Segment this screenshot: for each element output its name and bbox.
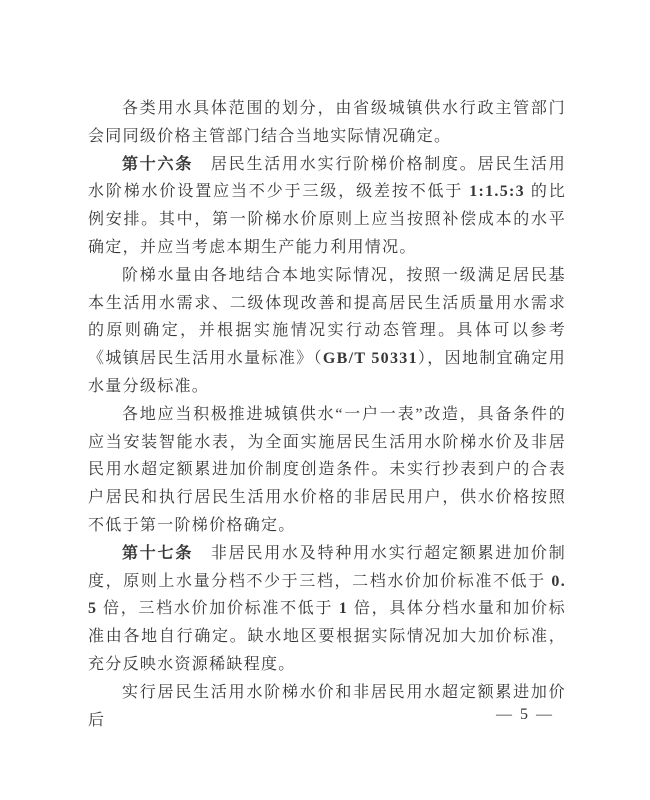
body-text-segment: 各类用水具体范围的划分，由省级城镇供水行政主管部门会同同级价格主管部门结合当地实…	[88, 100, 566, 145]
document-body: 各类用水具体范围的划分，由省级城镇供水行政主管部门会同同级价格主管部门结合当地实…	[88, 95, 566, 734]
emphasized-text: 第十六条	[122, 156, 193, 173]
body-text-segment: 倍，三档水价加价标准不低于	[97, 600, 339, 617]
body-text-segment: 各地应当积极推进城镇供水“一户一表”改造，具备条件的应当安装智能水表，为全面实施…	[88, 406, 566, 534]
paragraph: 阶梯水量由各地结合本地实际情况，按照一级满足居民基本生活用水需求、二级体现改善和…	[88, 262, 566, 401]
page-number: — 5 —	[88, 706, 566, 724]
paragraph: 第十六条 居民生活用水实行阶梯价格制度。居民生活用水阶梯水价设置应当不少于三级，…	[88, 151, 566, 262]
paragraph: 各地应当积极推进城镇供水“一户一表”改造，具备条件的应当安装智能水表，为全面实施…	[88, 401, 566, 540]
emphasized-text: GB/T 50331	[323, 350, 418, 367]
emphasized-text: 第十七条	[122, 545, 193, 562]
emphasized-text: 1:1.5:3	[469, 183, 525, 200]
paragraph: 各类用水具体范围的划分，由省级城镇供水行政主管部门会同同级价格主管部门结合当地实…	[88, 95, 566, 151]
document-page: 各类用水具体范围的划分，由省级城镇供水行政主管部门会同同级价格主管部门结合当地实…	[0, 0, 650, 800]
emphasized-text: 1	[339, 600, 348, 617]
paragraph: 第十七条 非居民用水及特种用水实行超定额累进加价制度，原则上水量分档不少于三档，…	[88, 540, 566, 679]
